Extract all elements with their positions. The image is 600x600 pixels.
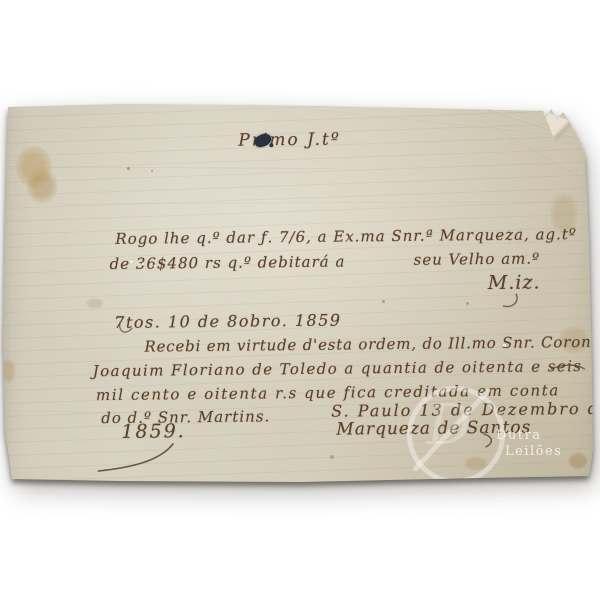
document-photo: Primo J.tº Rogo lhe q.º dar ƒ. 7/6, a Ex…: [0, 0, 600, 600]
ink-blot-speck: [269, 143, 273, 147]
receipt-year-line: 1859.: [121, 420, 186, 443]
handwritten-content: Primo J.tº Rogo lhe q.º dar ƒ. 7/6, a Ex…: [0, 0, 600, 600]
pen-flourishes: [0, 0, 600, 600]
order-signature: M.iz.: [488, 271, 541, 294]
paper-sheet: Primo J.tº Rogo lhe q.º dar ƒ. 7/6, a Ex…: [0, 0, 600, 600]
dateline: 7tos. 10 de 8obro. 1859: [114, 311, 341, 332]
paper-damage-speck: [502, 344, 506, 347]
paper-damage-speck: [154, 264, 157, 267]
order-line-2-right: seu Velho am.º: [413, 249, 540, 268]
watermark-logo-letter: D: [427, 393, 472, 458]
watermark-text-line2: Leilões: [505, 444, 562, 459]
receipt-line-2: Joaquim Floriano de Toledo a quantia de …: [93, 357, 583, 380]
order-line-2-left: de 36$480 rs q.º debitará a: [110, 253, 346, 273]
paper-damage-speck: [130, 260, 134, 264]
paper-shadow-wrap: Primo J.tº Rogo lhe q.º dar ƒ. 7/6, a Ex…: [0, 0, 600, 600]
order-line-1: Rogo lhe q.º dar ƒ. 7/6, a Ex.ma Snr.ª M…: [115, 225, 577, 248]
watermark-text-line1: Dutra: [496, 428, 541, 443]
paper-damage-speck: [142, 263, 145, 266]
receipt-line-1: Recebi em virtude d'esta ordem, do Ill.m…: [144, 333, 600, 356]
